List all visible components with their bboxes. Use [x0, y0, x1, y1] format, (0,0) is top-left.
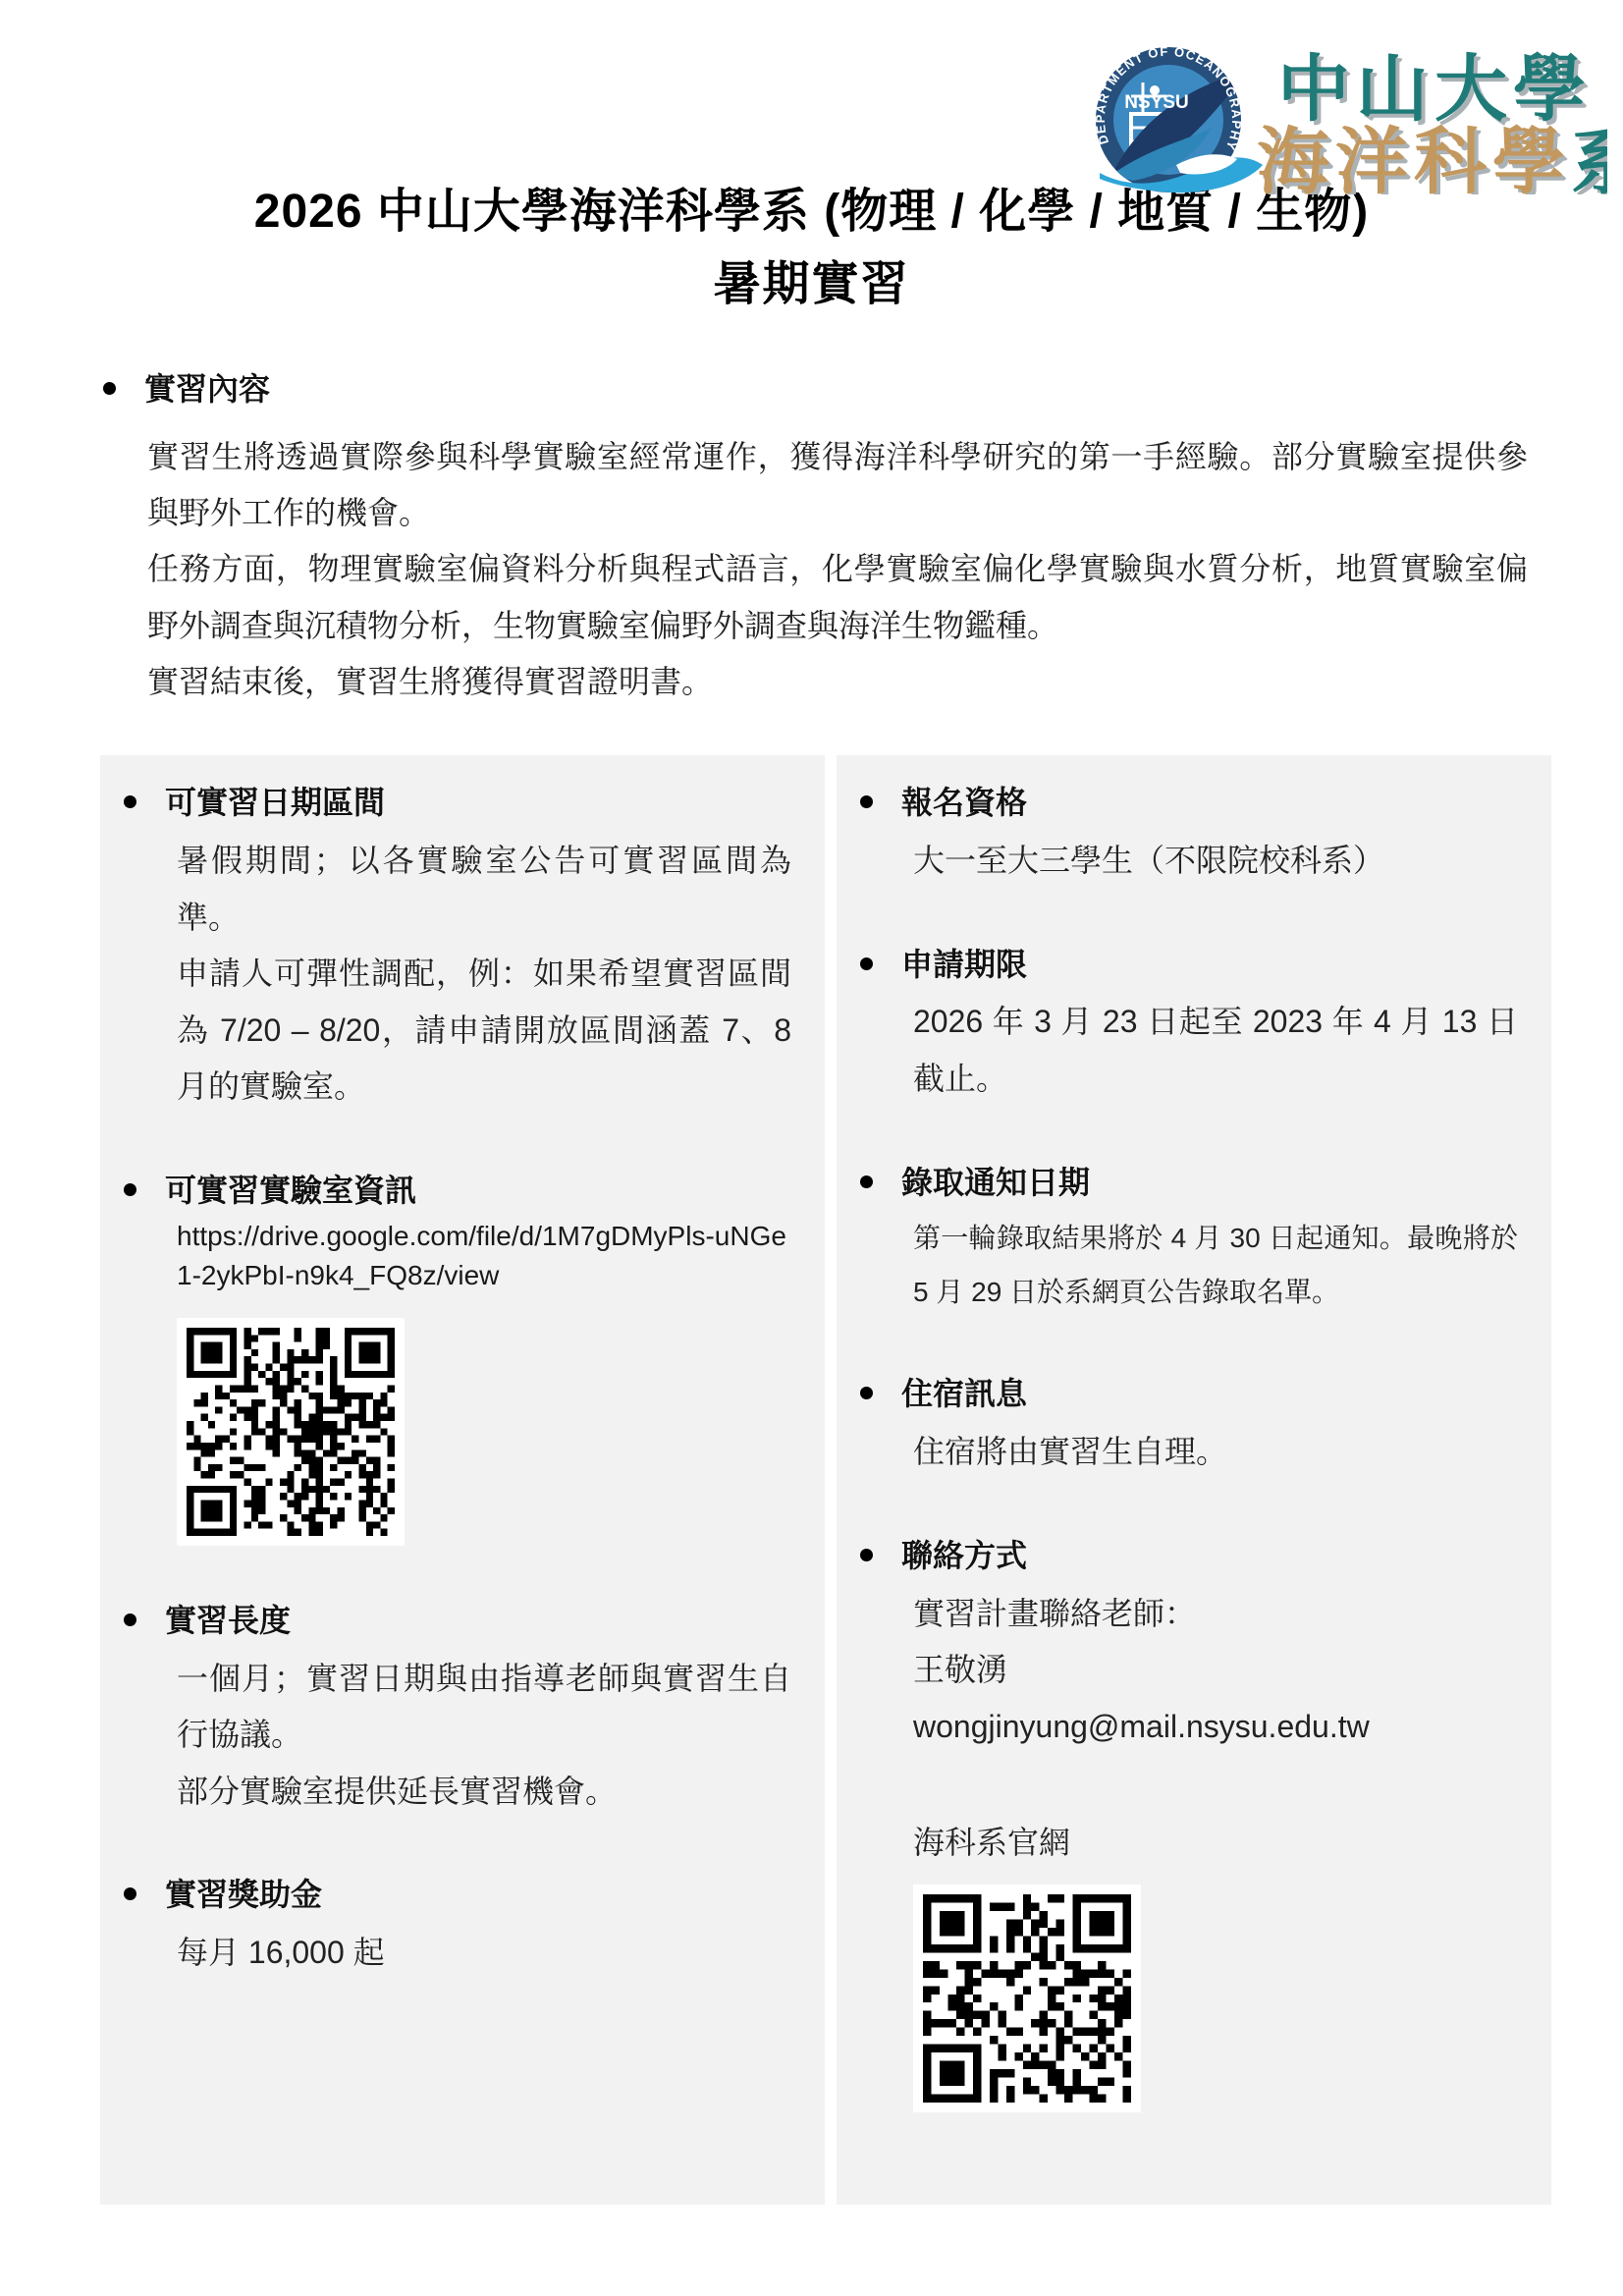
department-logo: DEPARTMENT OF OCEANOGRAPHY NSYSU 中山大學 中山… — [1082, 26, 1607, 194]
intro-paragraph: 實習結束後，實習生將獲得實習證明書。 — [147, 654, 1528, 710]
section-accommodation: 住宿訊息 住宿將由實習生自理。 — [850, 1372, 1551, 1480]
bullet-icon — [860, 1549, 873, 1561]
section-heading: 住宿訊息 — [901, 1372, 1027, 1416]
intro-paragraph: 實習生將透過實際參與科學實驗室經常運作，獲得海洋科學研究的第一手經驗。部分實驗室… — [147, 429, 1528, 542]
section-heading: 申請期限 — [901, 943, 1027, 987]
section-heading: 錄取通知日期 — [901, 1161, 1090, 1205]
intro-paragraph: 任務方面，物理實驗室偏資料分析與程式語言，化學實驗室偏化學實驗與水質分析，地質實… — [147, 541, 1528, 654]
title-line-2: 暑期實習 — [0, 255, 1623, 314]
right-panel: 報名資格 大一至大三學生（不限院校科系） 申請期限 2026 年 3 月 23 … — [837, 755, 1551, 2205]
left-panel: 可實習日期區間 暑假期間；以各實驗室公告可實習區間為準。 申請人可彈性調配，例：… — [100, 755, 825, 2205]
section-internship-length: 實習長度 一個月；實習日期與由指導老師與實習生自行協議。 部分實驗室提供延長實習… — [114, 1599, 825, 1821]
oceanography-badge-icon: DEPARTMENT OF OCEANOGRAPHY NSYSU — [1093, 44, 1263, 193]
section-eligibility: 報名資格 大一至大三學生（不限院校科系） — [850, 781, 1551, 889]
department-website-label: 海科系官網 — [913, 1818, 1522, 1863]
intro-paragraphs: 實習生將透過實際參與科學實驗室經常運作，獲得海洋科學研究的第一手經驗。部分實驗室… — [147, 429, 1528, 710]
details-panels: 可實習日期區間 暑假期間；以各實驗室公告可實習區間為準。 申請人可彈性調配，例：… — [100, 755, 1551, 2205]
section-heading: 實習獎助金 — [165, 1873, 322, 1917]
section-text: 2026 年 3 月 23 日起至 2023 年 4 月 13 日截止。 — [913, 994, 1518, 1107]
bullet-icon — [124, 795, 136, 808]
section-stipend: 實習獎助金 每月 16,000 起 — [114, 1873, 825, 1981]
section-text: 大一至大三學生（不限院校科系） — [913, 833, 1518, 890]
section-text: 暑假期間；以各實驗室公告可實習區間為準。 — [177, 833, 791, 946]
section-heading: 實習長度 — [165, 1599, 291, 1643]
logo-department-name: 海洋科學系 — [1257, 120, 1607, 194]
section-lab-info: 可實習實驗室資訊 https://drive.google.com/file/d… — [114, 1169, 825, 1546]
logo-wordmark: 中山大學 中山大學 海洋科學系 海洋科學系 — [1257, 47, 1607, 194]
bullet-icon — [860, 795, 873, 808]
bullet-icon — [124, 1613, 136, 1626]
section-internship-content: 實習內容 實習生將透過實際參與科學實驗室經常運作，獲得海洋科學研究的第一手經驗。… — [93, 367, 1527, 710]
bullet-icon — [124, 1887, 136, 1900]
section-text: 第一輪錄取結果將於 4 月 30 日起通知。最晚將於 5 月 29 日於系網頁公… — [913, 1212, 1518, 1319]
intro-heading: 實習內容 — [144, 367, 270, 411]
contact-label: 實習計畫聯絡老師： — [913, 1586, 1518, 1643]
bullet-icon — [860, 957, 873, 970]
section-text: 一個月；實習日期與由指導老師與實習生自行協議。 — [177, 1651, 791, 1764]
section-heading: 聯絡方式 — [901, 1534, 1027, 1578]
section-application-deadline: 申請期限 2026 年 3 月 23 日起至 2023 年 4 月 13 日截止… — [850, 943, 1551, 1108]
section-heading: 可實習實驗室資訊 — [165, 1169, 416, 1213]
lab-info-link[interactable]: https://drive.google.com/file/d/1M7gDMyP… — [177, 1217, 795, 1296]
qr-code-department-website — [913, 1885, 1141, 2112]
document-page: DEPARTMENT OF OCEANOGRAPHY NSYSU 中山大學 中山… — [0, 0, 1623, 2296]
bullet-icon — [860, 1175, 873, 1188]
badge-nsysu-text: NSYSU — [1124, 92, 1188, 113]
section-internship-dates: 可實習日期區間 暑假期間；以各實驗室公告可實習區間為準。 申請人可彈性調配，例：… — [114, 781, 825, 1116]
bullet-icon — [124, 1183, 136, 1196]
section-admission-notice: 錄取通知日期 第一輪錄取結果將於 4 月 30 日起通知。最晚將於 5 月 29… — [850, 1161, 1551, 1320]
bullet-icon — [103, 382, 116, 395]
bullet-icon — [860, 1387, 873, 1399]
section-heading: 可實習日期區間 — [165, 781, 385, 825]
section-text: 申請人可彈性調配，例：如果希望實習區間為 7/20 – 8/20，請申請開放區間… — [177, 946, 791, 1116]
section-text: 部分實驗室提供延長實習機會。 — [177, 1764, 791, 1821]
qr-code-lab-info — [177, 1318, 405, 1546]
contact-email-link[interactable]: wongjinyung@mail.nsysu.edu.tw — [913, 1699, 1518, 1756]
contact-teacher-name: 王敬湧 — [913, 1642, 1518, 1699]
section-heading: 報名資格 — [901, 781, 1027, 825]
section-contact: 聯絡方式 實習計畫聯絡老師： 王敬湧 wongjinyung@mail.nsys… — [850, 1534, 1551, 2113]
section-text: 住宿將由實習生自理。 — [913, 1424, 1518, 1481]
section-text: 每月 16,000 起 — [177, 1925, 791, 1982]
